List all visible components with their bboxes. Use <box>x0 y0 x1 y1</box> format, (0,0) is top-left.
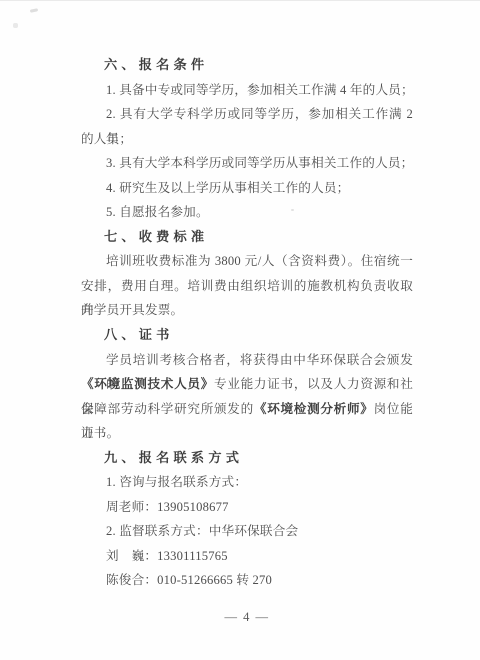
text-line: 培训班收费标准为 3800 元/人（含资料费）。住宿统一 <box>81 249 413 274</box>
emphasized-text-run: 《环境监测技术人员》 <box>81 377 214 391</box>
section-heading: 六、报名条件 <box>81 53 413 78</box>
document-page: 六、报名条件1. 具备中专或同等学历，参加相关工作满 4 年的人员；2. 具有大… <box>0 0 480 660</box>
text-line: 1. 具备中专或同等学历，参加相关工作满 4 年的人员； <box>81 78 413 103</box>
document-body: 六、报名条件1. 具备中专或同等学历，参加相关工作满 4 年的人员；2. 具有大… <box>81 53 413 593</box>
text-line: 向学员开具发票。 <box>81 298 413 323</box>
text-line: 4. 研究生及以上学历从事相关工作的人员； <box>81 176 413 201</box>
text-line: 的人员； <box>81 127 413 152</box>
text-line: 5. 自愿报名参加。 <box>81 200 413 225</box>
scan-edge-artifact <box>0 0 480 1</box>
text-line: 《环境监测技术人员》专业能力证书，以及人力资源和社会 <box>81 372 413 397</box>
text-line: 1. 咨询与报名联系方式： <box>81 470 413 495</box>
text-line: 3. 具有大学本科学历或同等学历从事相关工作的人员； <box>81 151 413 176</box>
text-line: 学员培训考核合格者，将获得由中华环保联合会颁发的 <box>81 348 413 373</box>
text-line: 刘 巍：13301115765 <box>81 544 413 569</box>
emphasized-text-run: 《环境检测分析师》 <box>254 402 374 416</box>
text-line: 周老师：13905108677 <box>81 495 413 520</box>
text-line: 安排，费用自理。培训费由组织培训的施教机构负责收取并 <box>81 274 413 299</box>
text-line: 证书。 <box>81 421 413 446</box>
text-run: 保障部劳动科学研究所颁发的 <box>81 402 254 416</box>
section-heading: 七、收费标准 <box>81 225 413 250</box>
text-line: 2. 具有大学专科学历或同等学历，参加相关工作满 2 年 <box>81 102 413 127</box>
text-line: 陈俊合：010-51266665 转 270 <box>81 568 413 593</box>
scan-smudge <box>13 23 18 28</box>
page-number: — 4 — <box>81 605 413 629</box>
section-heading: 九、报名联系方式 <box>81 446 413 471</box>
text-line: 保障部劳动科学研究所颁发的《环境检测分析师》岗位能力 <box>81 397 413 422</box>
text-line: 2. 监督联系方式：中华环保联合会 <box>81 519 413 544</box>
section-heading: 八、证书 <box>81 323 413 348</box>
scan-smudge <box>30 8 38 13</box>
